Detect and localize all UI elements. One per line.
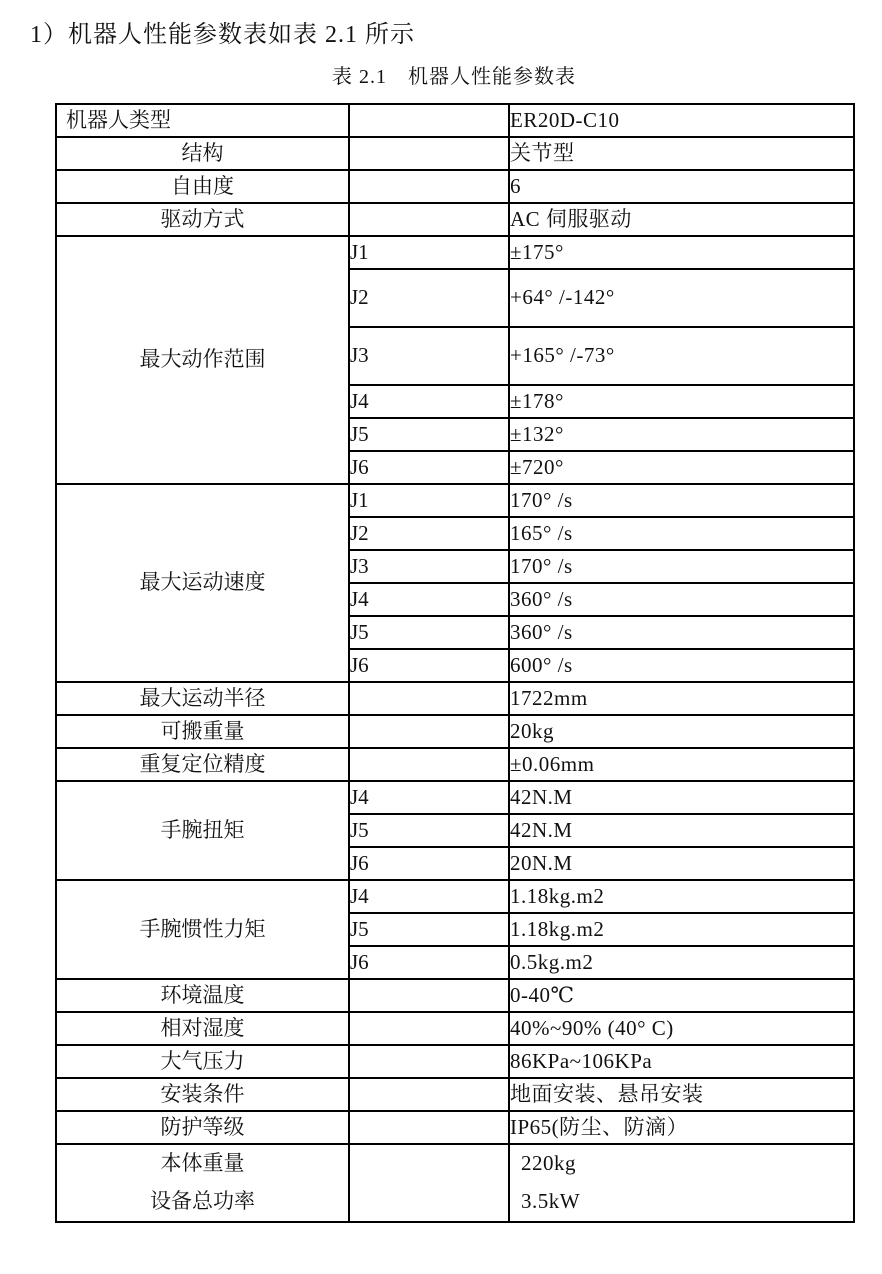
table-row: 大气压力86KPa~106KPa (56, 1045, 854, 1078)
joint-label: J4 (349, 385, 509, 418)
joint-label: J5 (349, 616, 509, 649)
parameter-value: 1722mm (509, 682, 854, 715)
joint-label (349, 170, 509, 203)
joint-label: J4 (349, 781, 509, 814)
joint-label: J2 (349, 269, 509, 327)
parameter-value: 40%~90% (40° C) (509, 1012, 854, 1045)
joint-label: J3 (349, 550, 509, 583)
parameter-value: ±175° (509, 236, 854, 269)
joint-label (349, 715, 509, 748)
joint-label: J5 (349, 913, 509, 946)
table-row: 环境温度0-40℃ (56, 979, 854, 1012)
parameter-value: 170° /s (509, 550, 854, 583)
row-label: 自由度 (56, 170, 349, 203)
joint-label: J6 (349, 649, 509, 682)
row-label: 安装条件 (56, 1078, 349, 1111)
parameter-value-line: 220kg (521, 1145, 853, 1183)
parameter-value: ±720° (509, 451, 854, 484)
joint-label: J4 (349, 880, 509, 913)
table-row: 自由度6 (56, 170, 854, 203)
table-row: 防护等级IP65(防尘、防滴） (56, 1111, 854, 1144)
row-label: 最大动作范围 (56, 236, 349, 484)
row-label: 本体重量设备总功率 (56, 1144, 349, 1222)
row-label: 重复定位精度 (56, 748, 349, 781)
parameter-value: 42N.M (509, 814, 854, 847)
table-caption: 表 2.1 机器人性能参数表 (55, 60, 853, 89)
row-label: 最大运动半径 (56, 682, 349, 715)
parameter-value: AC 伺服驱动 (509, 203, 854, 236)
table-row: 手腕惯性力矩J41.18kg.m2 (56, 880, 854, 913)
joint-label (349, 104, 509, 137)
parameter-value: 1.18kg.m2 (509, 913, 854, 946)
joint-label (349, 682, 509, 715)
joint-label (349, 203, 509, 236)
table-row: 最大运动半径1722mm (56, 682, 854, 715)
parameter-value: 360° /s (509, 583, 854, 616)
row-label: 可搬重量 (56, 715, 349, 748)
joint-label (349, 1078, 509, 1111)
joint-label: J4 (349, 583, 509, 616)
row-label-line: 设备总功率 (57, 1183, 348, 1221)
table-row: 本体重量设备总功率220kg3.5kW (56, 1144, 854, 1222)
joint-label (349, 1144, 509, 1222)
table-row: 可搬重量20kg (56, 715, 854, 748)
table-row: 最大运动速度J1170° /s (56, 484, 854, 517)
document-page: 1）机器人性能参数表如表 2.1 所示 表 2.1 机器人性能参数表 机器人类型… (0, 0, 882, 1274)
parameter-value: 20N.M (509, 847, 854, 880)
table-row: 安装条件地面安装、悬吊安装 (56, 1078, 854, 1111)
table-row: 相对湿度40%~90% (40° C) (56, 1012, 854, 1045)
joint-label: J6 (349, 451, 509, 484)
parameter-value: 0.5kg.m2 (509, 946, 854, 979)
joint-label (349, 137, 509, 170)
joint-label: J5 (349, 814, 509, 847)
joint-label: J1 (349, 484, 509, 517)
row-label: 防护等级 (56, 1111, 349, 1144)
joint-label (349, 1111, 509, 1144)
parameter-value: 220kg3.5kW (509, 1144, 854, 1222)
row-label: 手腕惯性力矩 (56, 880, 349, 979)
parameter-value: +165° /-73° (509, 327, 854, 385)
parameter-value: 1.18kg.m2 (509, 880, 854, 913)
parameter-value: 165° /s (509, 517, 854, 550)
parameter-value-line: 3.5kW (521, 1183, 853, 1221)
parameter-value: 170° /s (509, 484, 854, 517)
section-heading: 1）机器人性能参数表如表 2.1 所示 (30, 14, 415, 49)
joint-label: J6 (349, 946, 509, 979)
joint-label: J2 (349, 517, 509, 550)
parameter-value: ±132° (509, 418, 854, 451)
row-label: 手腕扭矩 (56, 781, 349, 880)
parameter-value: IP65(防尘、防滴） (509, 1111, 854, 1144)
parameter-value: ER20D-C10 (509, 104, 854, 137)
parameter-value: 20kg (509, 715, 854, 748)
joint-label: J6 (349, 847, 509, 880)
parameter-value: ±178° (509, 385, 854, 418)
row-label: 环境温度 (56, 979, 349, 1012)
parameter-value: 360° /s (509, 616, 854, 649)
table-row: 手腕扭矩J442N.M (56, 781, 854, 814)
joint-label (349, 1012, 509, 1045)
params-table-body: 机器人类型ER20D-C10结构关节型自由度6驱动方式AC 伺服驱动最大动作范围… (56, 104, 854, 1222)
joint-label (349, 979, 509, 1012)
joint-label: J3 (349, 327, 509, 385)
table-row: 驱动方式AC 伺服驱动 (56, 203, 854, 236)
table-row: 机器人类型ER20D-C10 (56, 104, 854, 137)
parameter-value: 42N.M (509, 781, 854, 814)
parameter-value: 地面安装、悬吊安装 (509, 1078, 854, 1111)
parameter-value: 86KPa~106KPa (509, 1045, 854, 1078)
row-label-line: 本体重量 (57, 1145, 348, 1183)
table-row: 最大动作范围J1±175° (56, 236, 854, 269)
row-label: 结构 (56, 137, 349, 170)
joint-label: J5 (349, 418, 509, 451)
parameter-value: 关节型 (509, 137, 854, 170)
row-label: 机器人类型 (56, 104, 349, 137)
parameter-value: ±0.06mm (509, 748, 854, 781)
row-label: 大气压力 (56, 1045, 349, 1078)
robot-parameters-table: 机器人类型ER20D-C10结构关节型自由度6驱动方式AC 伺服驱动最大动作范围… (55, 103, 855, 1223)
parameter-value: 6 (509, 170, 854, 203)
table-row: 重复定位精度±0.06mm (56, 748, 854, 781)
row-label: 驱动方式 (56, 203, 349, 236)
row-label: 最大运动速度 (56, 484, 349, 682)
table-row: 结构关节型 (56, 137, 854, 170)
row-label: 相对湿度 (56, 1012, 349, 1045)
parameter-value: 0-40℃ (509, 979, 854, 1012)
parameter-value: 600° /s (509, 649, 854, 682)
joint-label (349, 748, 509, 781)
parameter-value: +64° /-142° (509, 269, 854, 327)
joint-label (349, 1045, 509, 1078)
joint-label: J1 (349, 236, 509, 269)
